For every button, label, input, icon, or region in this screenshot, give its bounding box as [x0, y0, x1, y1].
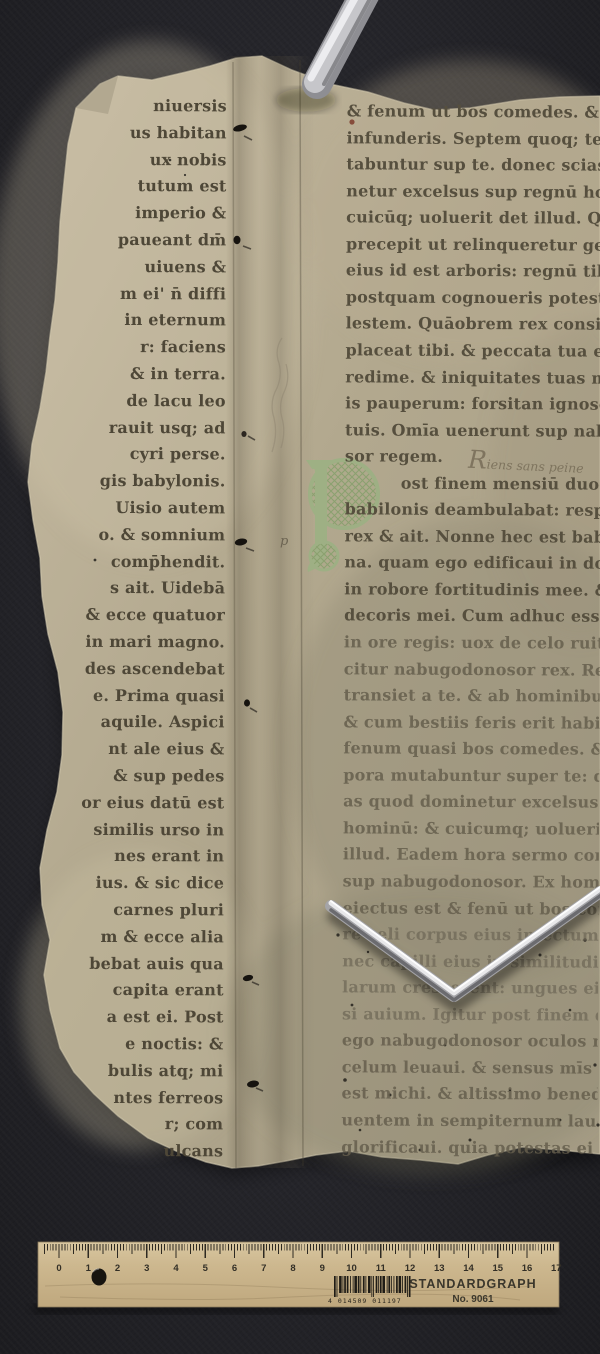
ruler-ticks: [44, 1244, 553, 1258]
text-line: fenum quasi bos comedes. & septē: [343, 739, 600, 760]
svg-text:11: 11: [376, 1263, 387, 1274]
svg-text:15: 15: [493, 1263, 504, 1274]
text-line: o. & somnium: [98, 525, 225, 545]
text-line: m & ecce alia: [100, 927, 223, 947]
text-line: pora mutabuntur super te: donec: [343, 765, 600, 786]
svg-text:5: 5: [203, 1263, 209, 1274]
text-line: comp̄hendit.: [111, 552, 225, 572]
text-line: aquile. Aspici: [101, 712, 225, 732]
ruler-numbers: 01234567891011121314151617: [56, 1263, 561, 1274]
text-line: transiet a te. & ab hominibus te: [344, 685, 600, 706]
text-line: bebat auis qua: [89, 954, 224, 974]
svg-text:2: 2: [115, 1263, 120, 1274]
text-line: cuicūq; uoluerit det illud. Quod: [346, 208, 600, 229]
text-line: Uisio autem: [115, 498, 225, 518]
text-line: ius. & sic dice: [96, 873, 225, 893]
metal-rod: [276, 0, 378, 112]
text-line: tutum est: [138, 176, 227, 195]
text-line: decoris mei. Cum adhuc esset s: [344, 606, 600, 627]
text-line: paueant dm̄: [118, 230, 227, 250]
svg-text:6: 6: [232, 1263, 237, 1274]
svg-text:8: 8: [290, 1263, 295, 1274]
text-line: ego nabugodonosor oculos meos: [342, 1031, 600, 1052]
text-line: rex & ait. Nonne hec est babilon: [344, 526, 600, 547]
text-line: bulis atq; mi: [108, 1061, 224, 1081]
text-line: eiectus est & fenū ut bos come: [343, 898, 600, 919]
initial-letter-value: P: [0, 0, 1, 1]
text-line: infunderis. Septem quoq; tempo: [347, 128, 600, 149]
svg-text:1: 1: [86, 1263, 92, 1274]
text-line: netur excelsus sup regnū hominū: [346, 181, 600, 202]
text-line: re celi corpus eius infectum est: [342, 924, 600, 945]
text-line: in ore regis: uox de celo ruit. T: [344, 632, 600, 653]
text-line: citur nabugodonosor rex. Regnū: [344, 659, 600, 680]
spine-fold: [226, 56, 314, 1168]
text-line: r: faciens: [140, 337, 226, 356]
text-line: imperio &: [135, 203, 226, 223]
text-line: in robore fortitudinis mee. & in: [344, 579, 600, 600]
text-line: & ecce quatuor: [85, 605, 225, 625]
svg-text:9: 9: [320, 1263, 325, 1274]
text-line: sor regem.: [345, 447, 443, 467]
svg-text:16: 16: [522, 1263, 533, 1274]
text-line: redime. & iniquitates tuas miser: [345, 367, 600, 388]
text-line: is pauperum: forsitan ignoscat de: [345, 393, 600, 414]
svg-text:14: 14: [463, 1263, 474, 1274]
text-line: capita erant: [113, 980, 224, 1000]
text-line: tuis. Omīa uenerunt sup nabugodono: [345, 420, 600, 441]
text-line: si auium. Igitur post finem die: [342, 1004, 600, 1025]
text-line: or eius datū est: [81, 793, 224, 813]
svg-text:17: 17: [551, 1263, 562, 1274]
text-line: m ei' n̄ diffi: [120, 284, 226, 304]
text-line: de lacu leo: [126, 391, 226, 411]
text-line: eius id est arboris: regnū tibi ma: [346, 261, 600, 282]
text-line: r; com: [165, 1115, 224, 1134]
text-line: des ascendebat: [85, 659, 225, 679]
left-text-column: niuersisus habitanux nobistutum estimper…: [0, 96, 233, 1169]
text-line: placeat tibi. & peccata tua elemos: [345, 340, 600, 361]
fold-crease-right: [300, 60, 303, 1166]
text-line: a est ei. Post: [107, 1007, 224, 1027]
text-line: est michi. & altissimo benedixi: [342, 1084, 600, 1105]
ruler-grain: [45, 1284, 535, 1300]
text-line: & in terra.: [130, 364, 226, 384]
text-line: hominū: & cuicumq; uoluerit d: [343, 818, 600, 839]
text-line: as quod dominetur excelsus in r: [343, 792, 600, 813]
ruler-model: No. 9061: [452, 1294, 494, 1305]
text-line: carnes pluri: [113, 900, 224, 920]
svg-text:4: 4: [173, 1263, 179, 1274]
svg-text:0: 0: [56, 1263, 61, 1274]
text-line: s ait. Uidebā: [110, 578, 225, 598]
text-line: sup nabugodonosor. Ex hominu: [343, 871, 600, 892]
text-line: gis babylonis.: [100, 471, 226, 491]
text-line: ulcans: [163, 1141, 223, 1160]
svg-text:3: 3: [144, 1263, 149, 1274]
text-line: larum crescerent: ungues eius: [342, 977, 600, 998]
sewing-stations: [232, 123, 263, 1091]
text-line: illud. Eadem hora sermo comple: [343, 845, 600, 866]
text-line: tabuntur sup te. donec scias quo: [346, 154, 600, 175]
text-line: lestem. Quāobrem rex consilium m: [346, 314, 600, 335]
text-line: in eternum: [124, 310, 226, 330]
barcode: [334, 1276, 411, 1297]
text-line: glorificaui. quia potestas ei pote: [341, 1137, 600, 1158]
text-line: & sup pedes: [113, 766, 224, 786]
text-line: e. Prima quasi: [93, 686, 225, 706]
right-text-column: & fenum ut bos comedes. & roreinfunderis…: [341, 101, 600, 1164]
ruler-hole: [92, 1269, 107, 1286]
text-line: na. quam ego edificaui in domū r: [344, 553, 600, 574]
svg-text:12: 12: [405, 1263, 416, 1274]
photo-stage: niuersisus habitanux nobistutum estimper…: [0, 0, 600, 1354]
text-line: ux nobis: [150, 150, 227, 169]
text-line: babilonis deambulabat: respondit: [345, 500, 600, 521]
text-line: nes erant in: [114, 846, 224, 866]
text-line: uentem in sempiternum laudaui: [341, 1110, 600, 1131]
spine-inscription: [272, 338, 288, 452]
text-line: niuersis: [153, 96, 227, 115]
guide-letter: p: [280, 534, 288, 549]
text-line: celum leuaui. & sensus mīs redd: [342, 1057, 600, 1078]
text-line: similis urso in: [93, 820, 224, 840]
text-line: in mari magno.: [85, 632, 225, 652]
text-line: us habitan: [130, 123, 227, 143]
barcode-digits: 4 014509 011197: [328, 1297, 402, 1305]
text-line: uiuens &: [144, 257, 226, 276]
text-line: nec capilli eius in similitudinē: [342, 951, 600, 972]
text-line: ntes ferreos: [113, 1088, 223, 1108]
text-line: e noctis: &: [125, 1034, 223, 1054]
ruler: 01234567891011121314151617 4 014509 0111…: [34, 1242, 562, 1314]
text-line: & cum bestiis feris erit habitatio: [343, 712, 600, 733]
ruler-brand: STANDARDGRAPH: [409, 1277, 536, 1291]
svg-text:13: 13: [434, 1263, 445, 1274]
svg-text:7: 7: [261, 1263, 266, 1274]
text-line: postquam cognoueris potestatem: [346, 287, 600, 308]
ruler-body: [38, 1242, 559, 1307]
text-line: precepit ut relinqueretur germ̄ r: [346, 234, 600, 255]
text-line: nt ale eius &: [108, 739, 224, 759]
text-line: cyri perse.: [130, 444, 226, 464]
text-line: rauit usq; ad: [109, 418, 226, 438]
text-line: & fenum ut bos comedes. & rore: [347, 101, 600, 122]
svg-text:10: 10: [346, 1263, 357, 1274]
fold-crease-left: [233, 62, 236, 1168]
